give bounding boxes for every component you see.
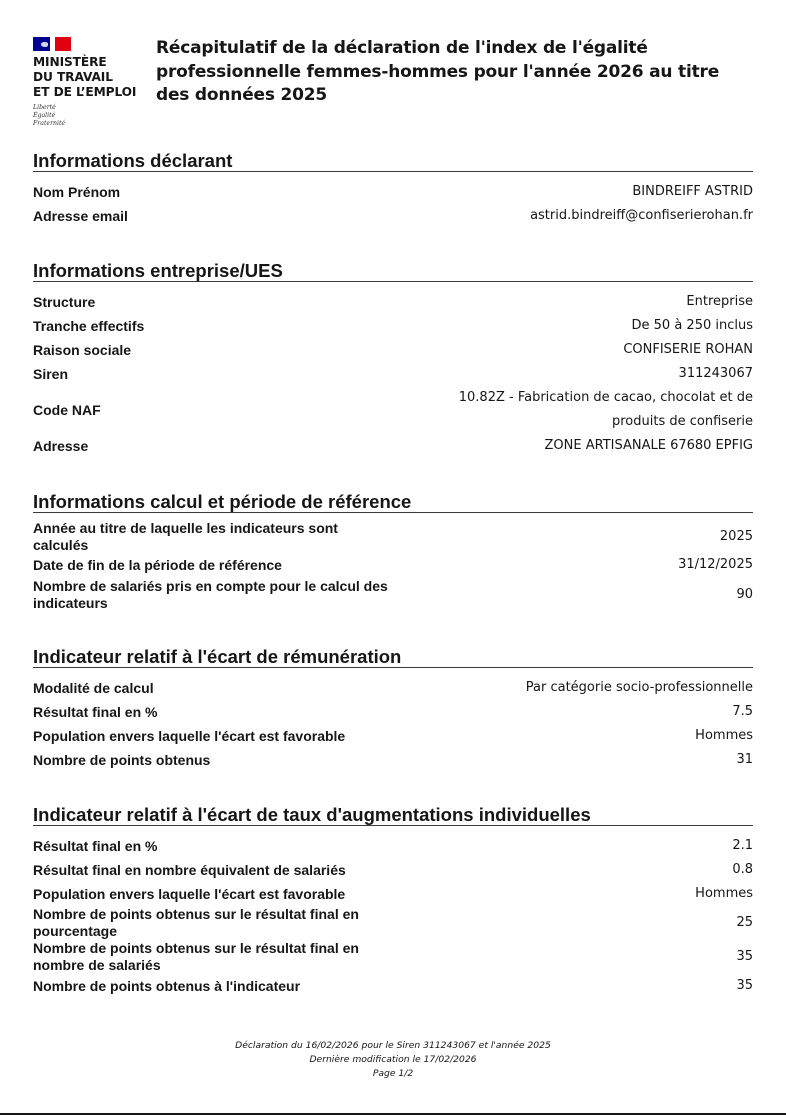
field-label: Nombre de points obtenus bbox=[33, 752, 393, 769]
field-row: Nombre de points obtenus à l'indicateur … bbox=[33, 974, 753, 998]
field-label: Nombre de points obtenus à l'indicateur bbox=[33, 978, 393, 995]
field-value: 10.82Z - Fabrication de cacao, chocolat … bbox=[459, 386, 753, 434]
field-row: Tranche effectifs De 50 à 250 inclus bbox=[33, 314, 753, 338]
field-value: 31/12/2025 bbox=[678, 553, 753, 577]
motto-line: Liberté bbox=[33, 104, 153, 112]
marianne-flag-icon bbox=[33, 37, 72, 51]
field-value: ZONE ARTISANALE 67680 EPFIG bbox=[545, 434, 753, 458]
field-row: Résultat final en nombre équivalent de s… bbox=[33, 858, 753, 882]
field-row: Raison sociale CONFISERIE ROHAN bbox=[33, 338, 753, 362]
field-row: Siren 311243067 bbox=[33, 362, 753, 386]
document-header: MINISTÈRE DU TRAVAIL ET DE L’EMPLOI Libe… bbox=[33, 37, 763, 137]
section-ecart-remuneration: Indicateur relatif à l'écart de rémunéra… bbox=[33, 646, 753, 772]
footer-declaration: Déclaration du 16/02/2026 pour le Siren … bbox=[0, 1039, 786, 1053]
field-row: Adresse ZONE ARTISANALE 67680 EPFIG bbox=[33, 434, 753, 458]
field-label: Résultat final en % bbox=[33, 838, 393, 855]
field-value: De 50 à 250 inclus bbox=[632, 314, 753, 338]
field-value: 90 bbox=[736, 583, 753, 607]
field-label: Modalité de calcul bbox=[33, 680, 393, 697]
field-label: Population envers laquelle l'écart est f… bbox=[33, 728, 393, 745]
field-row: Modalité de calcul Par catégorie socio-p… bbox=[33, 676, 753, 700]
section-informations-entreprise: Informations entreprise/UES Structure En… bbox=[33, 260, 753, 458]
republic-motto: Liberté Égalité Fraternité bbox=[33, 104, 153, 128]
field-label: Date de fin de la période de référence bbox=[33, 557, 393, 574]
field-value: 25 bbox=[736, 911, 753, 935]
field-row: Résultat final en % 7.5 bbox=[33, 700, 753, 724]
field-value: 31 bbox=[736, 748, 753, 772]
field-row: Date de fin de la période de référence 3… bbox=[33, 553, 753, 577]
field-row: Code NAF 10.82Z - Fabrication de cacao, … bbox=[33, 386, 753, 434]
value-line: produits de confiserie bbox=[459, 410, 753, 434]
field-value: Par catégorie socio-professionnelle bbox=[526, 676, 753, 700]
field-label: Code NAF bbox=[33, 402, 393, 419]
motto-line: Égalité bbox=[33, 112, 153, 120]
footer-page-number: Page 1/2 bbox=[0, 1067, 786, 1081]
field-row: Structure Entreprise bbox=[33, 290, 753, 314]
section-informations-declarant: Informations déclarant Nom Prénom BINDRE… bbox=[33, 150, 753, 228]
section-title: Indicateur relatif à l'écart de rémunéra… bbox=[33, 646, 753, 668]
field-value: 35 bbox=[736, 945, 753, 969]
section-ecart-augmentations: Indicateur relatif à l'écart de taux d'a… bbox=[33, 804, 753, 998]
field-value: 0.8 bbox=[732, 858, 753, 882]
section-informations-calcul: Informations calcul et période de référe… bbox=[33, 491, 753, 613]
field-row: Population envers laquelle l'écart est f… bbox=[33, 724, 753, 748]
field-value: 311243067 bbox=[679, 362, 753, 386]
field-label: Siren bbox=[33, 366, 393, 383]
value-line: 10.82Z - Fabrication de cacao, chocolat … bbox=[459, 386, 753, 410]
field-label: Année au titre de laquelle les indicateu… bbox=[33, 520, 393, 554]
field-value: BINDREIFF ASTRID bbox=[632, 180, 753, 204]
field-label: Structure bbox=[33, 294, 393, 311]
field-label: Population envers laquelle l'écart est f… bbox=[33, 886, 393, 903]
field-label: Résultat final en nombre équivalent de s… bbox=[33, 862, 393, 879]
field-value: 7.5 bbox=[732, 700, 753, 724]
field-label: Résultat final en % bbox=[33, 704, 393, 721]
field-value: 2.1 bbox=[732, 834, 753, 858]
field-row: Nombre de points obtenus sur le résultat… bbox=[33, 906, 753, 940]
field-label: Adresse email bbox=[33, 208, 393, 225]
field-row: Résultat final en % 2.1 bbox=[33, 834, 753, 858]
ministry-line: ET DE L’EMPLOI bbox=[33, 85, 153, 100]
field-value: Entreprise bbox=[686, 290, 753, 314]
ministry-name: MINISTÈRE DU TRAVAIL ET DE L’EMPLOI bbox=[33, 55, 153, 100]
field-label: Tranche effectifs bbox=[33, 318, 393, 335]
document-title: Récapitulatif de la déclaration de l'ind… bbox=[156, 37, 756, 108]
field-value: 2025 bbox=[720, 525, 753, 549]
field-value: 35 bbox=[736, 974, 753, 998]
field-label: Raison sociale bbox=[33, 342, 393, 359]
ministry-logo: MINISTÈRE DU TRAVAIL ET DE L’EMPLOI Libe… bbox=[33, 37, 153, 128]
field-label: Nom Prénom bbox=[33, 184, 393, 201]
field-row: Nom Prénom BINDREIFF ASTRID bbox=[33, 180, 753, 204]
field-value: Hommes bbox=[695, 882, 753, 906]
ministry-line: DU TRAVAIL bbox=[33, 70, 153, 85]
field-value: astrid.bindreiff@confiserierohan.fr bbox=[530, 204, 753, 228]
page-footer: Déclaration du 16/02/2026 pour le Siren … bbox=[0, 1039, 786, 1081]
ministry-line: MINISTÈRE bbox=[33, 55, 153, 70]
field-row: Année au titre de laquelle les indicateu… bbox=[33, 521, 753, 553]
field-row: Population envers laquelle l'écart est f… bbox=[33, 882, 753, 906]
field-row: Nombre de points obtenus sur le résultat… bbox=[33, 940, 753, 974]
field-value: Hommes bbox=[695, 724, 753, 748]
field-label: Adresse bbox=[33, 438, 393, 455]
field-value: CONFISERIE ROHAN bbox=[623, 338, 753, 362]
motto-line: Fraternité bbox=[33, 120, 153, 128]
field-label: Nombre de salariés pris en compte pour l… bbox=[33, 578, 393, 612]
field-row: Adresse email astrid.bindreiff@confiseri… bbox=[33, 204, 753, 228]
field-label: Nombre de points obtenus sur le résultat… bbox=[33, 940, 393, 974]
section-title: Informations entreprise/UES bbox=[33, 260, 753, 282]
field-row: Nombre de points obtenus 31 bbox=[33, 748, 753, 772]
footer-last-modified: Dernière modification le 17/02/2026 bbox=[0, 1053, 786, 1067]
section-title: Informations calcul et période de référe… bbox=[33, 491, 753, 513]
field-row: Nombre de salariés pris en compte pour l… bbox=[33, 577, 753, 613]
field-label: Nombre de points obtenus sur le résultat… bbox=[33, 906, 393, 940]
section-title: Indicateur relatif à l'écart de taux d'a… bbox=[33, 804, 753, 826]
section-title: Informations déclarant bbox=[33, 150, 753, 172]
